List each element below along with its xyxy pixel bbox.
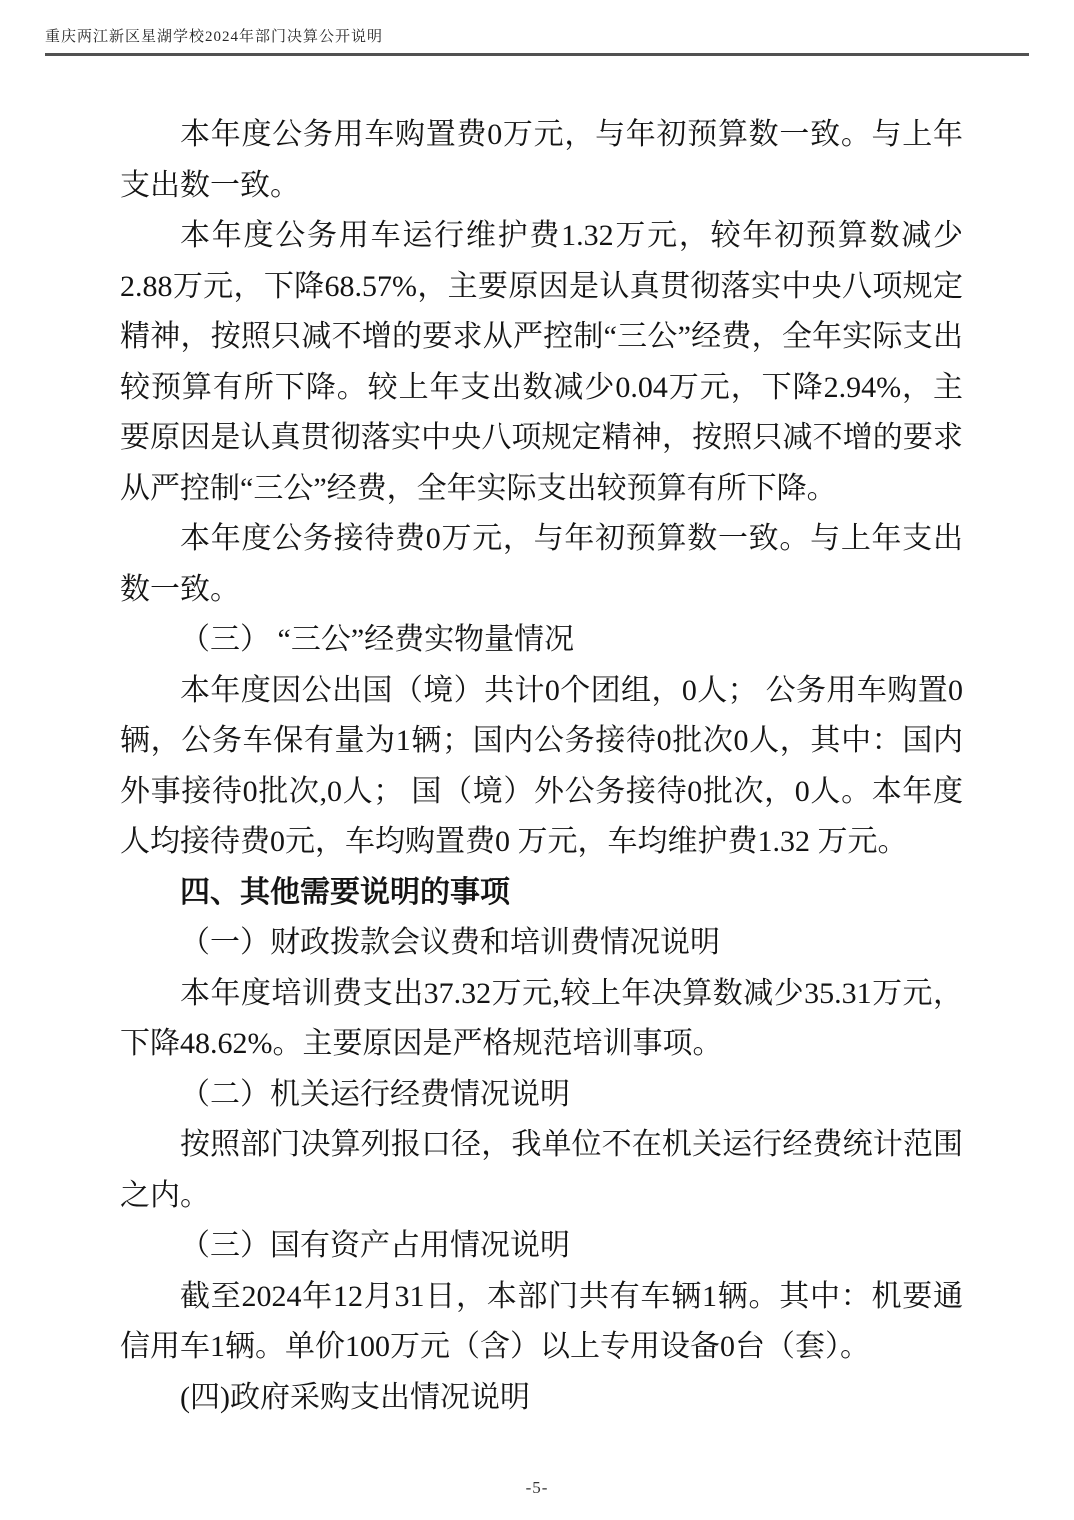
paragraph: 本年度因公出国（境）共计0个团组，0人； 公务用车购置0辆，公务车保有量为1辆；… (120, 666, 963, 868)
section-heading: 四、其他需要说明的事项 (120, 868, 963, 919)
document-body: 本年度公务用车购置费0万元，与年初预算数一致。与上年支出数一致。 本年度公务用车… (120, 110, 963, 1423)
paragraph: 截至2024年12月31日，本部门共有车辆1辆。其中：机要通信用车1辆。单价10… (120, 1272, 963, 1373)
subsection-heading: (四)政府采购支出情况说明 (120, 1373, 963, 1424)
subsection-heading: （一）财政拨款会议费和培训费情况说明 (120, 918, 963, 969)
subsection-heading: （三）国有资产占用情况说明 (120, 1221, 963, 1272)
paragraph: 本年度公务用车购置费0万元，与年初预算数一致。与上年支出数一致。 (120, 110, 963, 211)
subsection-heading: （二）机关运行经费情况说明 (120, 1070, 963, 1121)
paragraph: 本年度公务接待费0万元，与年初预算数一致。与上年支出数一致。 (120, 514, 963, 615)
paragraph: 本年度公务用车运行维护费1.32万元，较年初预算数减少2.88万元，下降68.5… (120, 211, 963, 514)
page-number: -5- (0, 1478, 1074, 1498)
paragraph: 按照部门决算列报口径，我单位不在机关运行经费统计范围之内。 (120, 1120, 963, 1221)
subsection-heading: （三） “三公”经费实物量情况 (120, 615, 963, 666)
paragraph: 本年度培训费支出37.32万元,较上年决算数减少35.31万元，下降48.62%… (120, 969, 963, 1070)
document-header-title: 重庆两江新区星湖学校2024年部门决算公开说明 (45, 28, 1029, 56)
